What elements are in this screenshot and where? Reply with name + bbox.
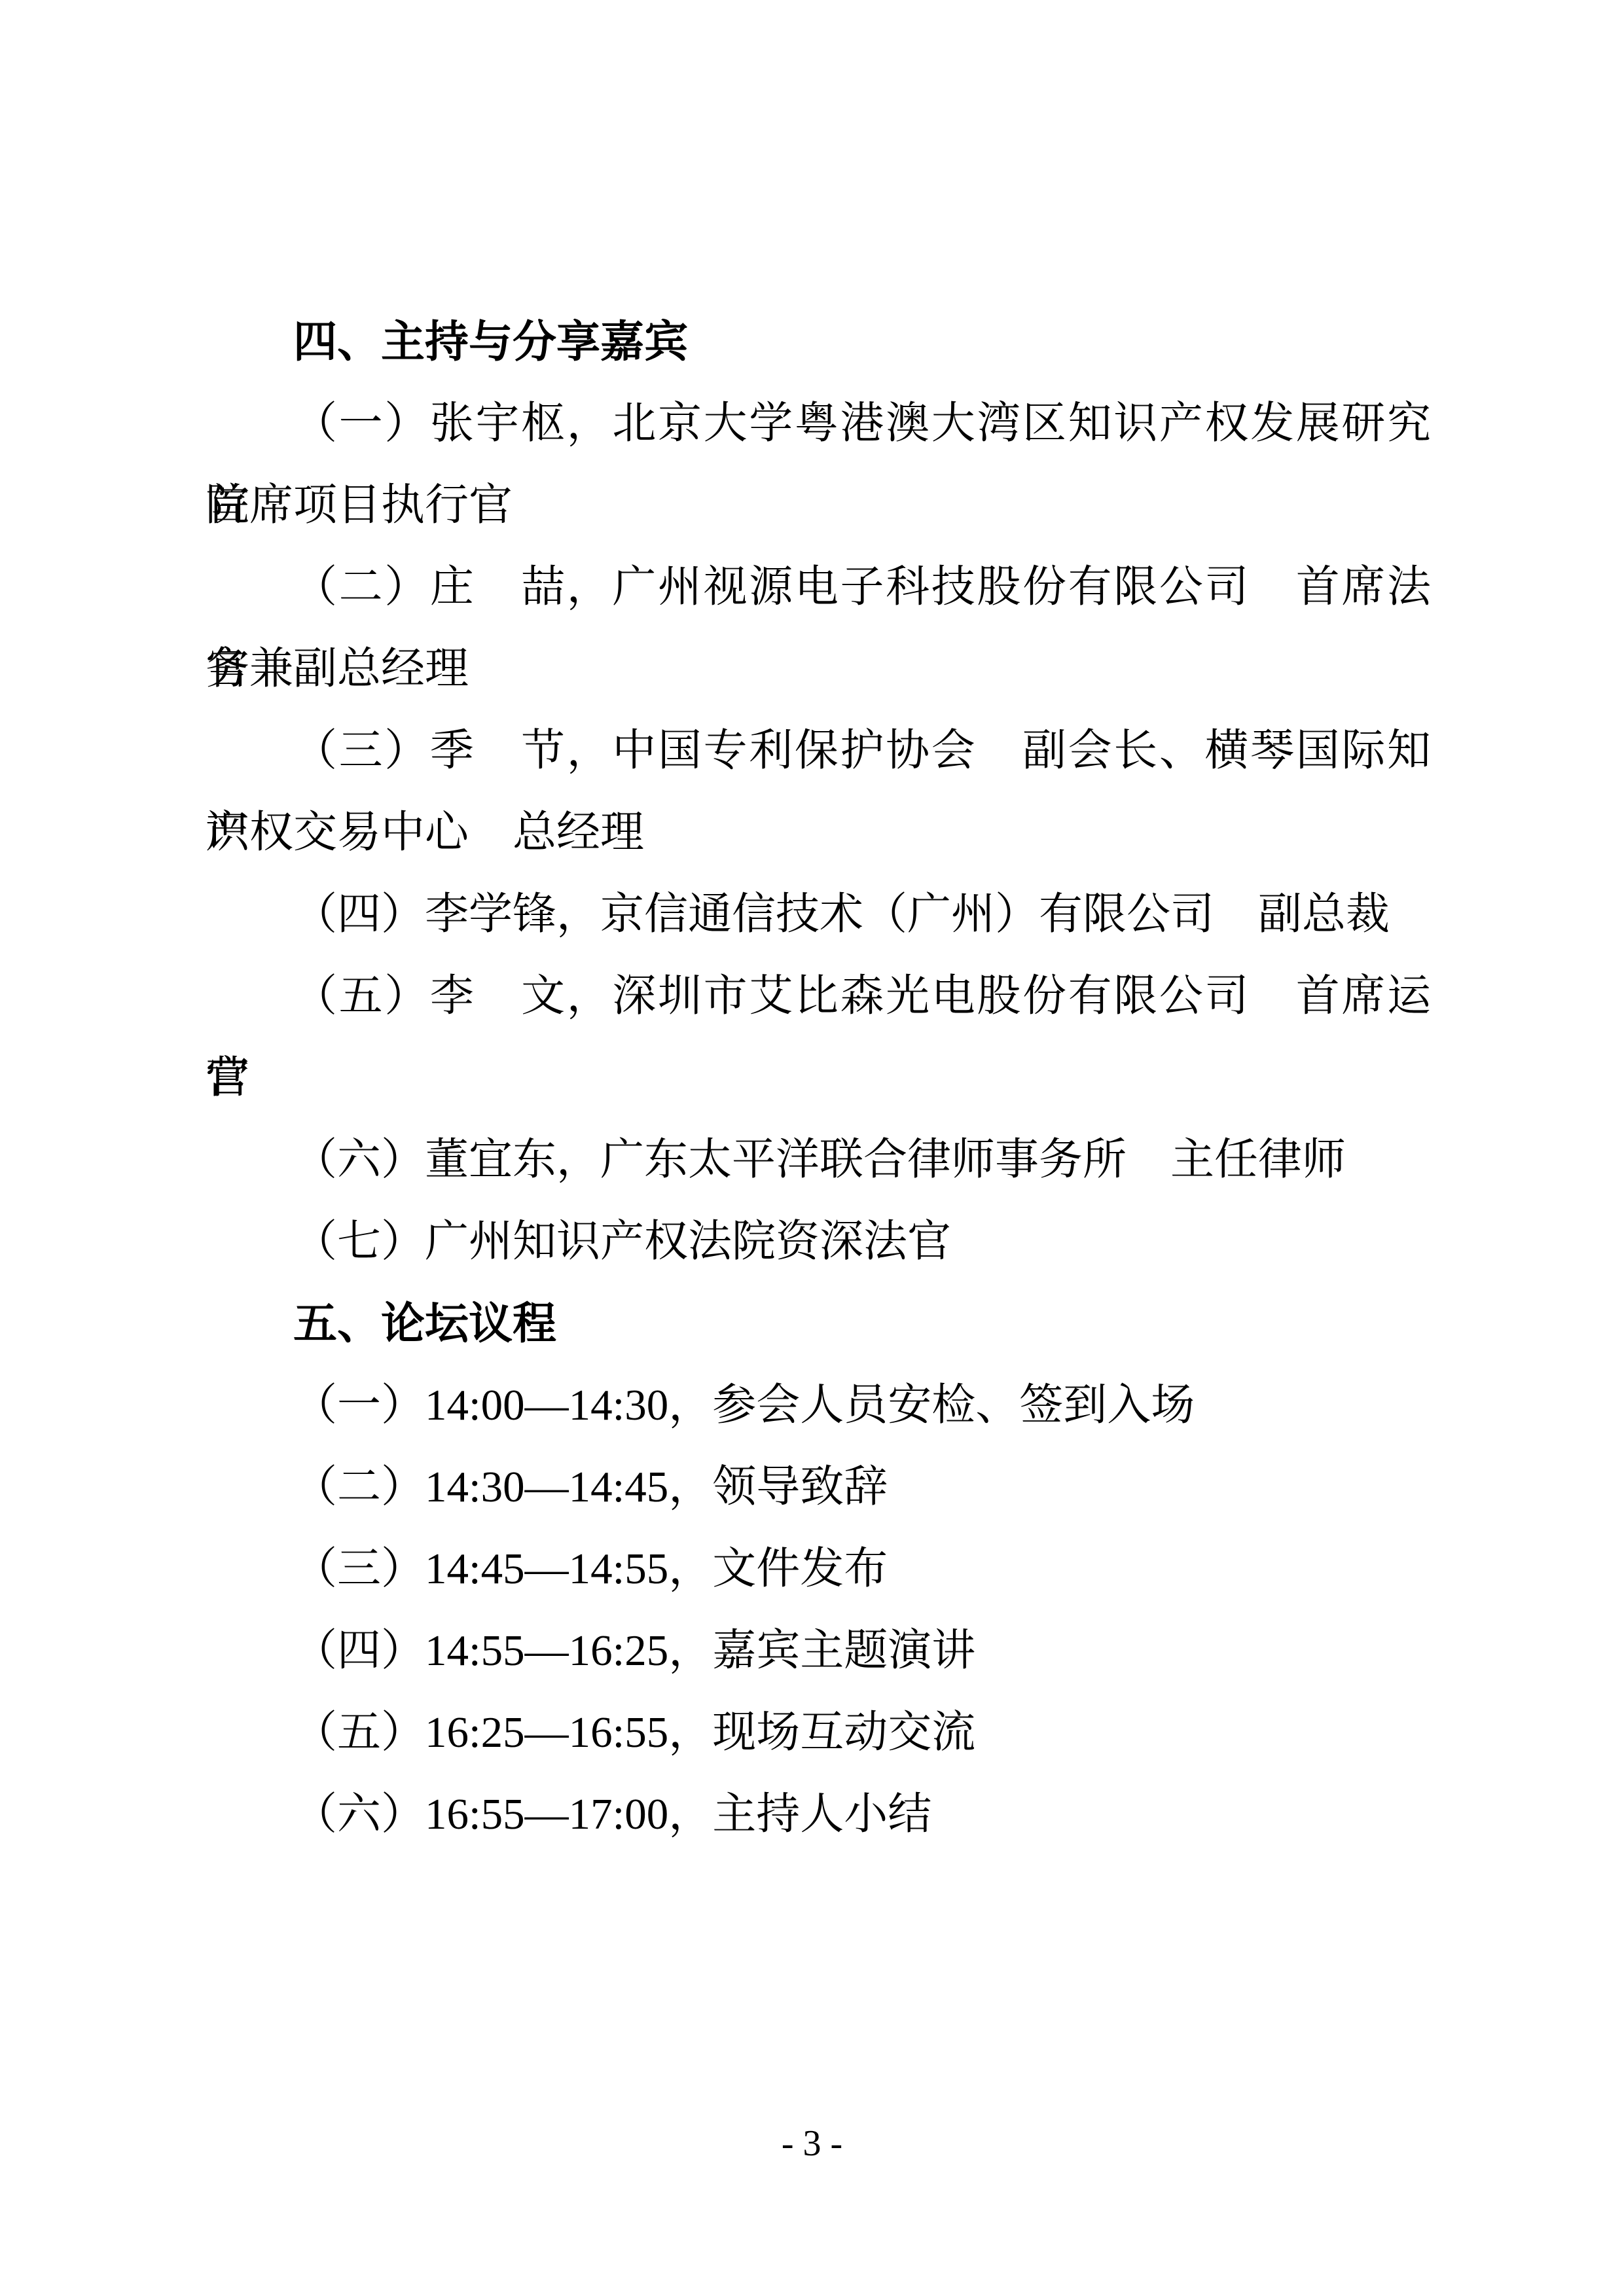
document-body: 四、主持与分享嘉宾（一）张宇枢，北京大学粤港澳大湾区知识产权发展研究院首席项目执… <box>206 301 1431 1856</box>
text-line: 官 <box>206 1037 1431 1119</box>
paragraph: （二）庄 喆，广州视源电子科技股份有限公司 首席法务官兼副总经理 <box>206 547 1431 710</box>
text-line: （六）董宜东，广东太平洋联合律师事务所 主任律师 <box>206 1119 1431 1201</box>
text-line: （五）16:25—16:55，现场互动交流 <box>206 1692 1431 1774</box>
text-line: （三）季 节，中国专利保护协会 副会长、横琴国际知识 <box>206 710 1431 792</box>
section-heading: 五、论坛议程 <box>206 1283 1431 1365</box>
page-number: - 3 - <box>0 2121 1624 2166</box>
text-line: 官兼副总经理 <box>206 628 1431 710</box>
paragraph: （五）李 文，深圳市艾比森光电股份有限公司 首席运营官 <box>206 956 1431 1119</box>
text-line: （四）李学锋，京信通信技术（广州）有限公司 副总裁 <box>206 874 1431 956</box>
paragraph: （三）14:45—14:55，文件发布 <box>206 1528 1431 1610</box>
paragraph: （四）14:55—16:25，嘉宾主题演讲 <box>206 1610 1431 1692</box>
text-line: （五）李 文，深圳市艾比森光电股份有限公司 首席运营 <box>206 956 1431 1037</box>
paragraph: （二）14:30—14:45，领导致辞 <box>206 1446 1431 1528</box>
paragraph: （七）广州知识产权法院资深法官 <box>206 1201 1431 1283</box>
text-line: （三）14:45—14:55，文件发布 <box>206 1528 1431 1610</box>
document-page: 四、主持与分享嘉宾（一）张宇枢，北京大学粤港澳大湾区知识产权发展研究院首席项目执… <box>0 0 1624 2296</box>
text-line: （一）张宇枢，北京大学粤港澳大湾区知识产权发展研究院 <box>206 383 1431 465</box>
paragraph: （三）季 节，中国专利保护协会 副会长、横琴国际知识产权交易中心 总经理 <box>206 710 1431 874</box>
paragraph: （一）14:00—14:30，参会人员安检、签到入场 <box>206 1365 1431 1446</box>
paragraph: （六）董宜东，广东太平洋联合律师事务所 主任律师 <box>206 1119 1431 1201</box>
paragraph: （一）张宇枢，北京大学粤港澳大湾区知识产权发展研究院首席项目执行官 <box>206 383 1431 547</box>
text-line: （六）16:55—17:00，主持人小结 <box>206 1774 1431 1856</box>
text-line: 产权交易中心 总经理 <box>206 792 1431 874</box>
paragraph: （六）16:55—17:00，主持人小结 <box>206 1774 1431 1856</box>
text-line: （一）14:00—14:30，参会人员安检、签到入场 <box>206 1365 1431 1446</box>
paragraph: （四）李学锋，京信通信技术（广州）有限公司 副总裁 <box>206 874 1431 956</box>
text-line: （七）广州知识产权法院资深法官 <box>206 1201 1431 1283</box>
section-heading: 四、主持与分享嘉宾 <box>206 301 1431 383</box>
text-line: （四）14:55—16:25，嘉宾主题演讲 <box>206 1610 1431 1692</box>
text-line: （二）庄 喆，广州视源电子科技股份有限公司 首席法务 <box>206 547 1431 628</box>
heading-line: 四、主持与分享嘉宾 <box>206 301 1431 383</box>
text-line: （二）14:30—14:45，领导致辞 <box>206 1446 1431 1528</box>
paragraph: （五）16:25—16:55，现场互动交流 <box>206 1692 1431 1774</box>
heading-line: 五、论坛议程 <box>206 1283 1431 1365</box>
text-line: 首席项目执行官 <box>206 465 1431 547</box>
